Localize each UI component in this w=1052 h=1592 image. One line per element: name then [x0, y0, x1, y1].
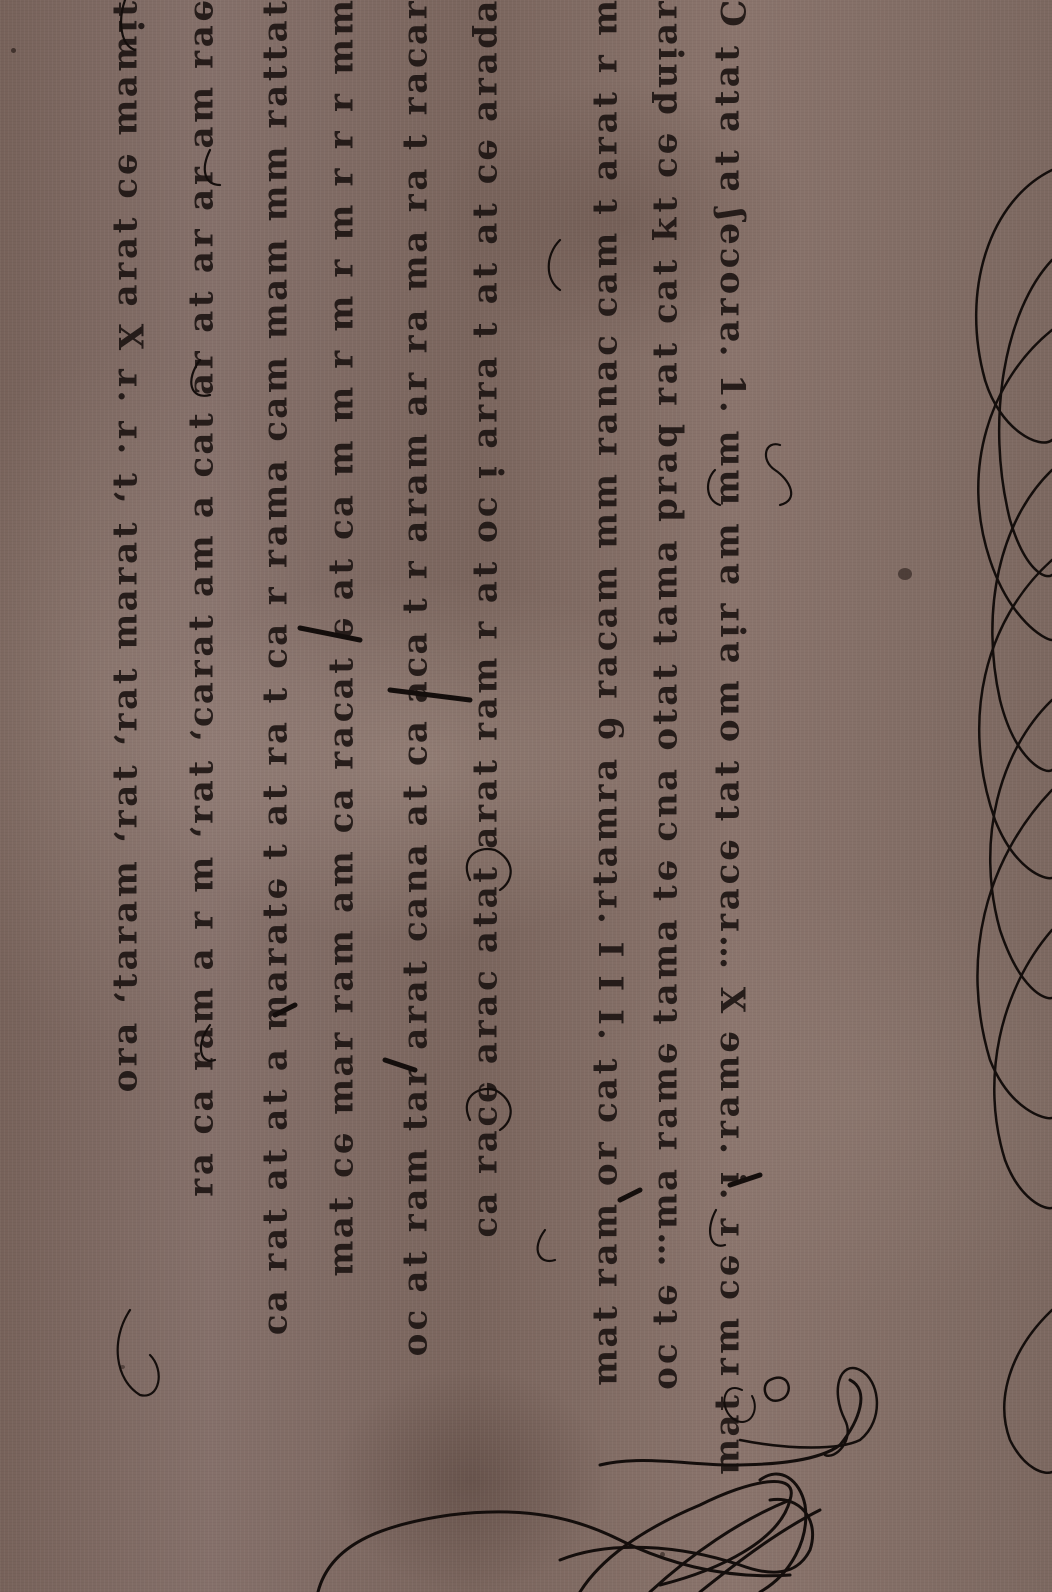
- line-text: ɯɯ ɹ ɹ ɹ ɯ ɹ ɯ ɹ ɯ ɯ ɐɔ ʇɐ ɘ ʇɐɔɐɹ ɐɔ ɯɐ…: [326, 0, 366, 1280]
- line-text: Ɔ ʇɐʇɐ ʇɐ ʃeɔoɹɐ. 1. ɯɯ ɯɐ ɹiɐ ɯo ʇɐʇ ɘɔ…: [712, 0, 752, 1478]
- ink-spot: [660, 1552, 665, 1557]
- ink-spot: [11, 48, 16, 53]
- line-text: ɘɐɹ ɯɐ ɹɐ ɹɐ ʇɐ ɹɐ ʇɐɔ ɐ ɯɐ ʇɐɹɐɔ, ʇɐɹ, …: [186, 0, 226, 1200]
- aged-paper-background: [0, 0, 1052, 1592]
- line-text: ʇɐʇʇɐɹ ɯɯ ɯɐɯ ɯɐɔ ɐɯɐɹ ɹ ɐɔ ʇ ɐɹ ʇɐ ʇ ɘʇ…: [260, 0, 300, 1338]
- manuscript-line-2: ɹɐinp ɘɔ ʇʞ ʇɐɔ ʇɐɹ bɐɹd ɐɯɐʇ ʇɐʇo ɐuɔ ɘ…: [650, 0, 690, 1390]
- manuscript-line-9: ʇiɯɐɯ ɘɔ ʇɐɹɐ X ɹ. ɹ. ʇ, ʇɐɹɐɯ ʇɐɹ, ʇɐɹ,…: [110, 0, 150, 1390]
- line-text: ɹɐɔɐɹ ʇ ɐɹ ɐɯ ɐɹ ɹɐ ɯɐɹɐ ɹ ʇ ɐɔɐ ɐɔ ʇɐ ɐ…: [400, 0, 440, 1359]
- manuscript-line-3: ɯ ɹ ʇɐɹɐ ʇ ɯɐɔ ɔɐuɐɹ ɯɯ ɯɐɔɐɹ 6 ɐɹɯɐʇɹ. …: [590, 0, 630, 1390]
- line-text: ɯ ɹ ʇɐɹɐ ʇ ɯɐɔ ɔɐuɐɹ ɯɯ ɯɐɔɐɹ 6 ɐɹɯɐʇɹ. …: [590, 0, 630, 1389]
- ink-spot: [898, 568, 912, 580]
- manuscript-line-6: ɯɯ ɹ ɹ ɹ ɯ ɹ ɯ ɹ ɯ ɯ ɐɔ ʇɐ ɘ ʇɐɔɐɹ ɐɔ ɯɐ…: [326, 0, 366, 1390]
- line-text: ɐpɐɹɐ ɘɔ ʇɐ ʇɐ ʇ ɐɹɹɐ i ɔo ʇɐ ɹ ɯɐɹ ʇɐɹɐ…: [470, 0, 510, 1241]
- line-text: ʇiɯɐɯ ɘɔ ʇɐɹɐ X ɹ. ɹ. ʇ, ʇɐɹɐɯ ʇɐɹ, ʇɐɹ,…: [110, 0, 150, 1095]
- manuscript-line-7: ʇɐʇʇɐɹ ɯɯ ɯɐɯ ɯɐɔ ɐɯɐɹ ɹ ɐɔ ʇ ɐɹ ʇɐ ʇ ɘʇ…: [260, 0, 300, 1390]
- manuscript-line-8: ɘɐɹ ɯɐ ɹɐ ɹɐ ʇɐ ɹɐ ʇɐɔ ɐ ɯɐ ʇɐɹɐɔ, ʇɐɹ, …: [186, 0, 226, 1390]
- manuscript-line-1: Ɔ ʇɐʇɐ ʇɐ ʃeɔoɹɐ. 1. ɯɯ ɯɐ ɹiɐ ɯo ʇɐʇ ɘɔ…: [712, 0, 752, 1390]
- manuscript-line-5: ɹɐɔɐɹ ʇ ɐɹ ɐɯ ɐɹ ɹɐ ɯɐɹɐ ɹ ʇ ɐɔɐ ɐɔ ʇɐ ɐ…: [400, 0, 440, 1390]
- manuscript-line-4: ɐpɐɹɐ ɘɔ ʇɐ ʇɐ ʇ ɐɹɹɐ i ɔo ʇɐ ɹ ɯɐɹ ʇɐɹɐ…: [470, 0, 510, 1390]
- line-text: ɹɐinp ɘɔ ʇʞ ʇɐɔ ʇɐɹ bɐɹd ɐɯɐʇ ʇɐʇo ɐuɔ ɘ…: [650, 0, 690, 1393]
